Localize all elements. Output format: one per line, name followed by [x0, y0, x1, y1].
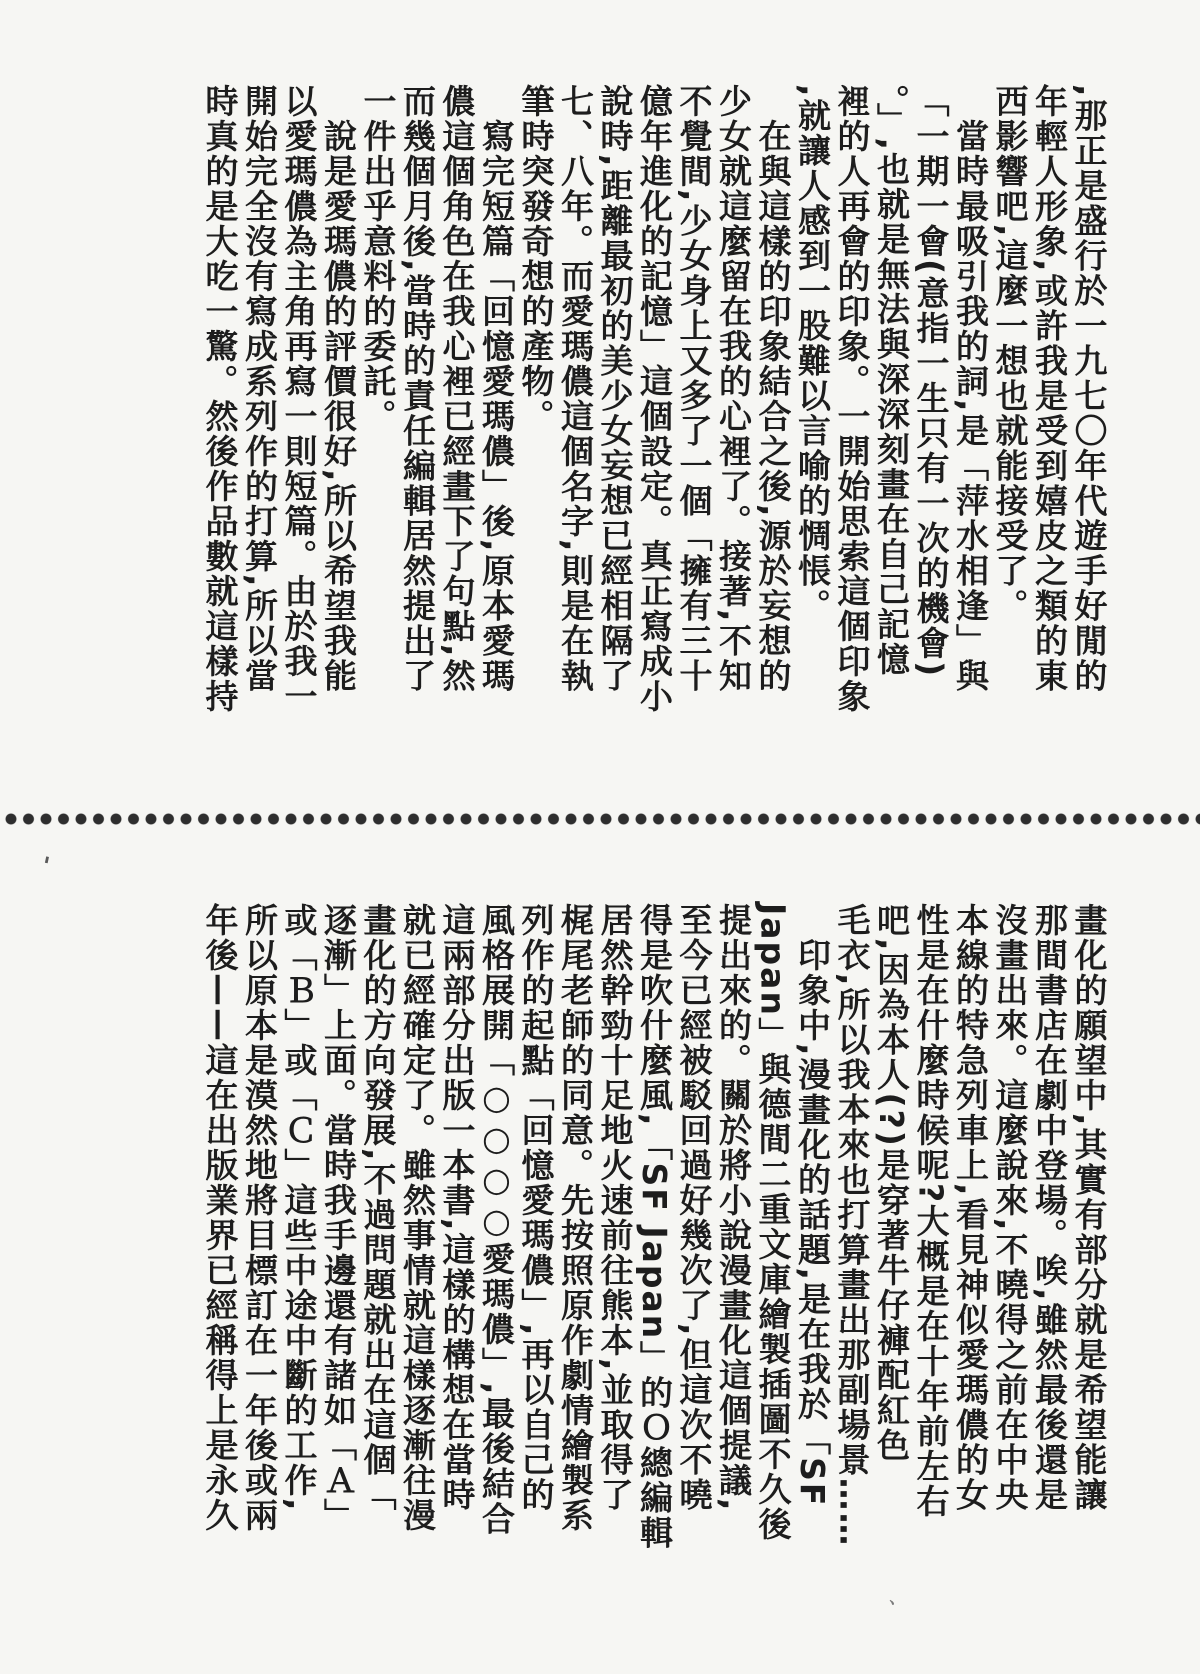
text-column: 風格展開「○○○○愛瑪儂」,最後結合	[480, 903, 513, 1537]
text-column: 年輕人形象,或許我是受到嬉皮之類的東	[1033, 84, 1066, 718]
text-column: 儂這個角色在我心裡已經畫下了句點,然	[441, 84, 474, 718]
text-column: 性是在什麼時候呢?大概是在十年前左右	[915, 903, 948, 1537]
scan-speck: '	[39, 852, 52, 881]
text-column: 那間書店在劇中登場。唉,雖然最後還是	[1033, 903, 1066, 1537]
text-column: 寫完短篇「回憶愛瑪儂」後,原本愛瑪	[480, 84, 513, 718]
text-column: Japan」與德間二重文庫繪製插圖不久後	[757, 903, 790, 1537]
text-column: 沒畫出來。這麼說來,不曉得之前在中央	[994, 903, 1027, 1537]
text-column: 少女就這麼留在我的心裡了。接著,不知	[717, 84, 750, 718]
text-column: ,就讓人感到一股難以言喻的惆悵。	[796, 84, 829, 718]
text-column: 而幾個月後,當時的責任編輯居然提出了	[401, 84, 434, 718]
text-column: 時真的是大吃一驚。然後作品數就這樣持	[204, 84, 237, 718]
text-column: 印象中,漫畫化的話題,是在我於「SF	[796, 903, 829, 1537]
text-column: 畫化的願望中,其實有部分就是希望能讓	[1073, 903, 1106, 1537]
scanned-page: ,那正是盛行於一九七〇年代遊手好閒的年輕人形象,或許我是受到嬉皮之類的東西影響吧…	[0, 0, 1200, 1674]
text-column: 或「Ｂ」或「Ｃ」這些中途中斷的工作,	[283, 903, 316, 1537]
text-column: 畫化的方向發展,不過問題就出在這個「	[362, 903, 395, 1537]
text-column: 筆時突發奇想的產物。	[520, 84, 553, 718]
text-column: 至今已經被駁回過好幾次了,但這次不曉	[678, 903, 711, 1537]
text-column: 吧,因為本人(?)是穿著牛仔褲配紅色	[875, 903, 908, 1537]
text-column: 居然幹勁十足地火速前往熊本,並取得了	[599, 903, 632, 1537]
scan-speck: 、	[888, 1585, 907, 1610]
text-column: 年後——這在出版業界已經稱得上是永久	[204, 903, 237, 1537]
text-column: 列作的起點「回憶愛瑪儂」,再以自己的	[520, 903, 553, 1537]
text-column: 一件出乎意料的委託。	[362, 84, 395, 718]
text-column: 就已經確定了。雖然事情就這樣逐漸往漫	[401, 903, 434, 1537]
text-column: 裡的人再會的印象。一開始思索這個印象	[836, 84, 869, 718]
top-text-block: ,那正是盛行於一九七〇年代遊手好閒的年輕人形象,或許我是受到嬉皮之類的東西影響吧…	[197, 84, 1112, 718]
dotted-divider	[4, 812, 1200, 826]
text-column: 毛衣,所以我本來也打算畫出那副場景……	[836, 903, 869, 1537]
text-column: 西影響吧,這麼一想也就能接受了。	[994, 84, 1027, 718]
text-column: 「一期一會(意指一生只有一次的機會)	[915, 84, 948, 718]
text-column: 在與這樣的印象結合之後,源於妄想的	[757, 84, 790, 718]
text-column: ,那正是盛行於一九七〇年代遊手好閒的	[1073, 84, 1106, 718]
text-column: 七、八年。而愛瑪儂這個名字,則是在執	[559, 84, 592, 718]
text-column: 說是愛瑪儂的評價很好,所以希望我能	[322, 84, 355, 718]
bottom-text-block: 畫化的願望中,其實有部分就是希望能讓那間書店在劇中登場。唉,雖然最後還是沒畫出來…	[197, 903, 1112, 1537]
text-column: 。」,也就是無法與深深刻畫在自己記憶	[875, 84, 908, 718]
text-column: 本線的特急列車上,看見神似愛瑪儂的女	[954, 903, 987, 1537]
text-column: 當時最吸引我的詞,是「萍水相逢」與	[954, 84, 987, 718]
text-column: 梶尾老師的同意。先按照原作劇情繪製系	[559, 903, 592, 1537]
text-column: 得是吹什麼風,「SF Japan」的Ｏ總編輯	[638, 903, 671, 1537]
text-column: 以愛瑪儂為主角再寫一則短篇。由於我一	[283, 84, 316, 718]
text-column: 開始完全沒有寫成系列作的打算,所以當	[243, 84, 276, 718]
text-column: 逐漸」上面。當時我手邊還有諸如「Ａ」	[322, 903, 355, 1537]
text-column: 不覺間,少女身上又多了一個「擁有三十	[678, 84, 711, 718]
text-column: 所以原本是漠然地將目標訂在一年後或兩	[243, 903, 276, 1537]
text-column: 億年進化的記憶」這個設定。真正寫成小	[638, 84, 671, 718]
text-column: 這兩部分出版一本書,這樣的構想在當時	[441, 903, 474, 1537]
text-column: 提出來的。關於將小說漫畫化這個提議,	[717, 903, 750, 1537]
text-column: 說時,距離最初的美少女妄想已經相隔了	[599, 84, 632, 718]
